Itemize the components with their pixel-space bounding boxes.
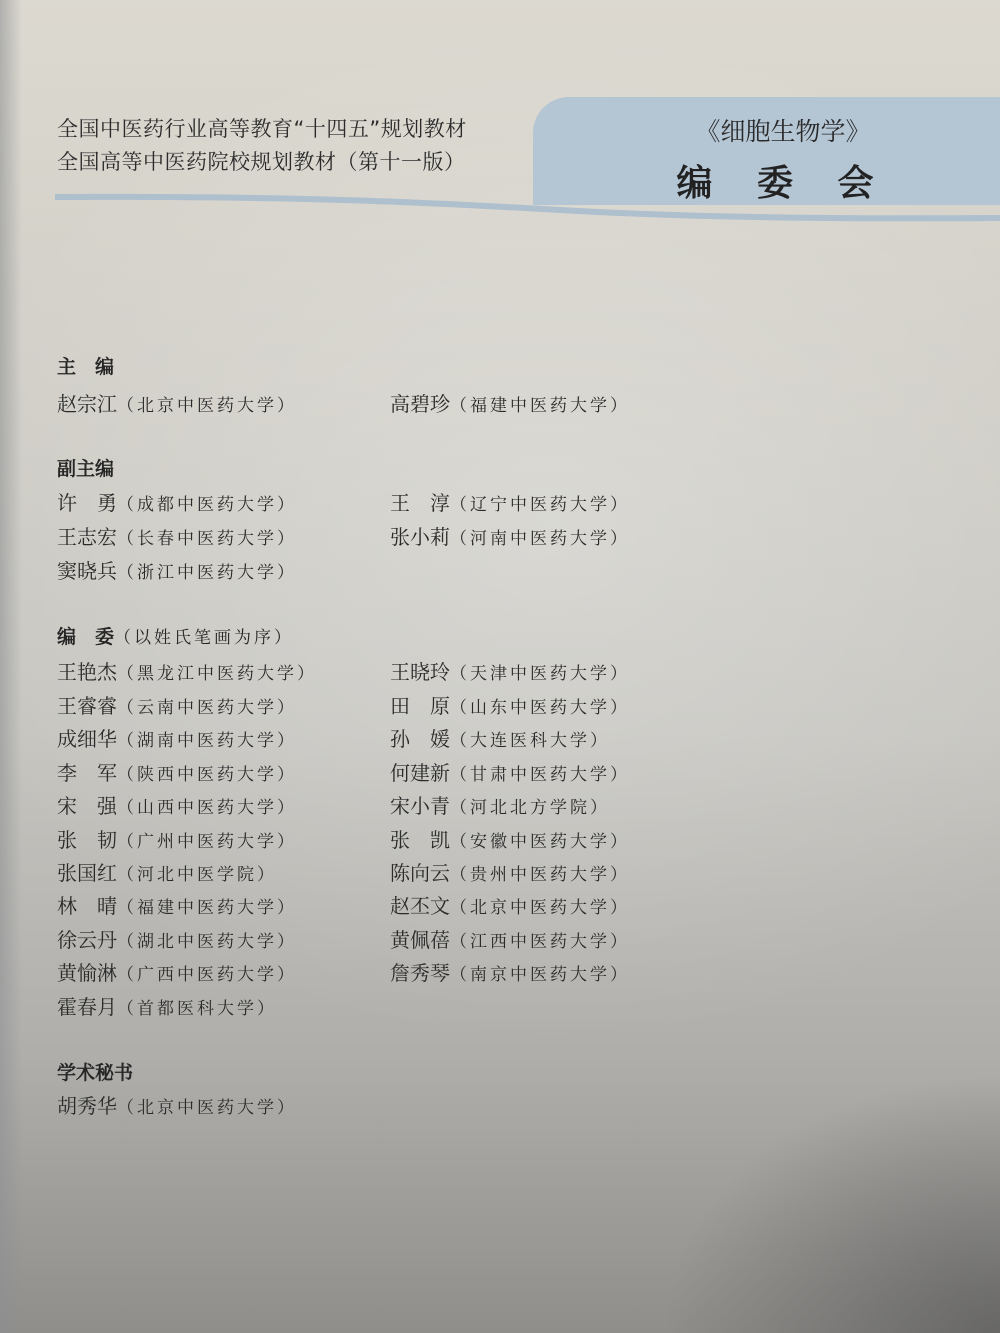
member-affiliation: （辽宁中医药大学）: [450, 495, 630, 515]
member-row: 赵宗江（北京中医药大学）高碧珍（福建中医药大学）: [0, 388, 1000, 418]
member-row: 徐云丹（湖北中医药大学）黄佩蓓（江西中医药大学）: [0, 924, 1000, 954]
member-entry: 王艳杰（黑龙江中医药大学）: [57, 656, 317, 685]
member-affiliation: （陕西中医药大学）: [117, 765, 297, 785]
member-name: 徐云丹: [57, 928, 117, 952]
member-affiliation: （河北北方学院）: [450, 798, 610, 818]
member-row: 王睿睿（云南中医药大学）田 原（山东中医药大学）: [0, 690, 1000, 720]
member-entry: 何建新（甘肃中医药大学）: [390, 757, 630, 786]
member-entry: 黄佩蓓（江西中医药大学）: [390, 924, 630, 953]
member-affiliation: （长春中医药大学）: [117, 529, 297, 549]
member-name: 张 韧: [57, 828, 117, 852]
member-affiliation: （河南中医药大学）: [450, 529, 630, 549]
member-affiliation: （南京中医药大学）: [450, 965, 630, 985]
member-name: 王艳杰: [57, 660, 117, 684]
member-entry: 高碧珍（福建中医药大学）: [390, 388, 630, 417]
member-entry: 孙 媛（大连医科大学）: [390, 723, 610, 752]
member-affiliation: （湖北中医药大学）: [117, 932, 297, 952]
member-affiliation: （甘肃中医药大学）: [450, 765, 630, 785]
member-affiliation: （广州中医药大学）: [117, 832, 297, 852]
member-affiliation: （贵州中医药大学）: [450, 865, 630, 885]
member-entry: 张 凯（安徽中医药大学）: [390, 824, 630, 853]
member-entry: 赵丕文（北京中医药大学）: [390, 890, 630, 919]
member-name: 黄佩蓓: [390, 928, 450, 952]
section-heading-text: 副主编: [57, 458, 114, 480]
section-note: （以姓氏笔画为序）: [114, 628, 294, 648]
member-affiliation: （首都医科大学）: [117, 999, 277, 1019]
member-entry: 宋小青（河北北方学院）: [390, 790, 610, 819]
member-entry: 王睿睿（云南中医药大学）: [57, 690, 297, 719]
member-name: 赵宗江: [57, 392, 117, 416]
member-row: 胡秀华（北京中医药大学）: [0, 1090, 1000, 1120]
member-name: 宋小青: [390, 794, 450, 818]
member-name: 王 淳: [390, 491, 450, 515]
member-affiliation: （黑龙江中医药大学）: [117, 664, 317, 684]
member-name: 詹秀琴: [390, 961, 450, 985]
member-row: 林 晴（福建中医药大学）赵丕文（北京中医药大学）: [0, 890, 1000, 920]
member-affiliation: （山西中医药大学）: [117, 798, 297, 818]
member-affiliation: （福建中医药大学）: [117, 898, 297, 918]
section-heading-chief-editor: 主 编: [57, 352, 114, 379]
member-affiliation: （河北中医学院）: [117, 865, 277, 885]
member-name: 赵丕文: [390, 894, 450, 918]
member-name: 高碧珍: [390, 392, 450, 416]
member-entry: 徐云丹（湖北中医药大学）: [57, 924, 297, 953]
member-affiliation: （广西中医药大学）: [117, 965, 297, 985]
member-name: 窦晓兵: [57, 559, 117, 583]
member-name: 张国红: [57, 861, 117, 885]
member-entry: 宋 强（山西中医药大学）: [57, 790, 297, 819]
member-affiliation: （浙江中医药大学）: [117, 563, 297, 583]
member-entry: 胡秀华（北京中医药大学）: [57, 1090, 297, 1119]
member-entry: 霍春月（首都医科大学）: [57, 991, 277, 1020]
section-heading-text: 编 委: [57, 626, 114, 648]
member-affiliation: （成都中医药大学）: [117, 495, 297, 515]
section-heading-text: 学术秘书: [57, 1062, 133, 1084]
member-name: 张 凯: [390, 828, 450, 852]
member-name: 霍春月: [57, 995, 117, 1019]
member-affiliation: （大连医科大学）: [450, 731, 610, 751]
header-divider-line: [0, 0, 1000, 240]
member-entry: 林 晴（福建中医药大学）: [57, 890, 297, 919]
member-entry: 成细华（湖南中医药大学）: [57, 723, 297, 752]
section-heading-text: 主 编: [57, 356, 114, 378]
member-row: 李 军（陕西中医药大学）何建新（甘肃中医药大学）: [0, 757, 1000, 787]
member-name: 田 原: [390, 694, 450, 718]
member-entry: 黄愉淋（广西中医药大学）: [57, 957, 297, 986]
section-heading-editorial-board: 编 委（以姓氏笔画为序）: [57, 622, 294, 649]
member-row: 黄愉淋（广西中医药大学）詹秀琴（南京中医药大学）: [0, 957, 1000, 987]
member-name: 李 军: [57, 761, 117, 785]
section-heading-deputy-editor: 副主编: [57, 454, 114, 481]
member-entry: 王晓玲（天津中医药大学）: [390, 656, 630, 685]
member-row: 霍春月（首都医科大学）: [0, 991, 1000, 1021]
member-affiliation: （安徽中医药大学）: [450, 832, 630, 852]
member-entry: 许 勇（成都中医药大学）: [57, 487, 297, 516]
member-name: 黄愉淋: [57, 961, 117, 985]
member-row: 宋 强（山西中医药大学）宋小青（河北北方学院）: [0, 790, 1000, 820]
member-entry: 窦晓兵（浙江中医药大学）: [57, 555, 297, 584]
member-affiliation: （山东中医药大学）: [450, 698, 630, 718]
member-entry: 张小莉（河南中医药大学）: [390, 521, 630, 550]
member-affiliation: （江西中医药大学）: [450, 932, 630, 952]
member-row: 成细华（湖南中医药大学）孙 媛（大连医科大学）: [0, 723, 1000, 753]
member-name: 林 晴: [57, 894, 117, 918]
member-row: 张国红（河北中医学院）陈向云（贵州中医药大学）: [0, 857, 1000, 887]
member-name: 陈向云: [390, 861, 450, 885]
member-name: 许 勇: [57, 491, 117, 515]
member-affiliation: （云南中医药大学）: [117, 698, 297, 718]
member-entry: 王志宏（长春中医药大学）: [57, 521, 297, 550]
member-name: 成细华: [57, 727, 117, 751]
member-entry: 詹秀琴（南京中医药大学）: [390, 957, 630, 986]
member-entry: 张 韧（广州中医药大学）: [57, 824, 297, 853]
member-entry: 陈向云（贵州中医药大学）: [390, 857, 630, 886]
member-entry: 张国红（河北中医学院）: [57, 857, 277, 886]
member-row: 窦晓兵（浙江中医药大学）: [0, 555, 1000, 585]
member-name: 何建新: [390, 761, 450, 785]
member-affiliation: （湖南中医药大学）: [117, 731, 297, 751]
member-name: 孙 媛: [390, 727, 450, 751]
member-affiliation: （北京中医药大学）: [117, 1098, 297, 1118]
section-heading-secretary: 学术秘书: [57, 1058, 133, 1085]
member-entry: 王 淳（辽宁中医药大学）: [390, 487, 630, 516]
member-affiliation: （福建中医药大学）: [450, 396, 630, 416]
member-entry: 赵宗江（北京中医药大学）: [57, 388, 297, 417]
member-name: 王志宏: [57, 525, 117, 549]
member-name: 宋 强: [57, 794, 117, 818]
member-entry: 田 原（山东中医药大学）: [390, 690, 630, 719]
member-row: 王志宏（长春中医药大学）张小莉（河南中医药大学）: [0, 521, 1000, 551]
member-row: 张 韧（广州中医药大学）张 凯（安徽中医药大学）: [0, 824, 1000, 854]
member-name: 胡秀华: [57, 1094, 117, 1118]
member-row: 王艳杰（黑龙江中医药大学）王晓玲（天津中医药大学）: [0, 656, 1000, 686]
member-name: 张小莉: [390, 525, 450, 549]
member-affiliation: （天津中医药大学）: [450, 664, 630, 684]
member-affiliation: （北京中医药大学）: [450, 898, 630, 918]
member-row: 许 勇（成都中医药大学）王 淳（辽宁中医药大学）: [0, 487, 1000, 517]
member-affiliation: （北京中医药大学）: [117, 396, 297, 416]
member-entry: 李 军（陕西中医药大学）: [57, 757, 297, 786]
member-name: 王晓玲: [390, 660, 450, 684]
member-name: 王睿睿: [57, 694, 117, 718]
